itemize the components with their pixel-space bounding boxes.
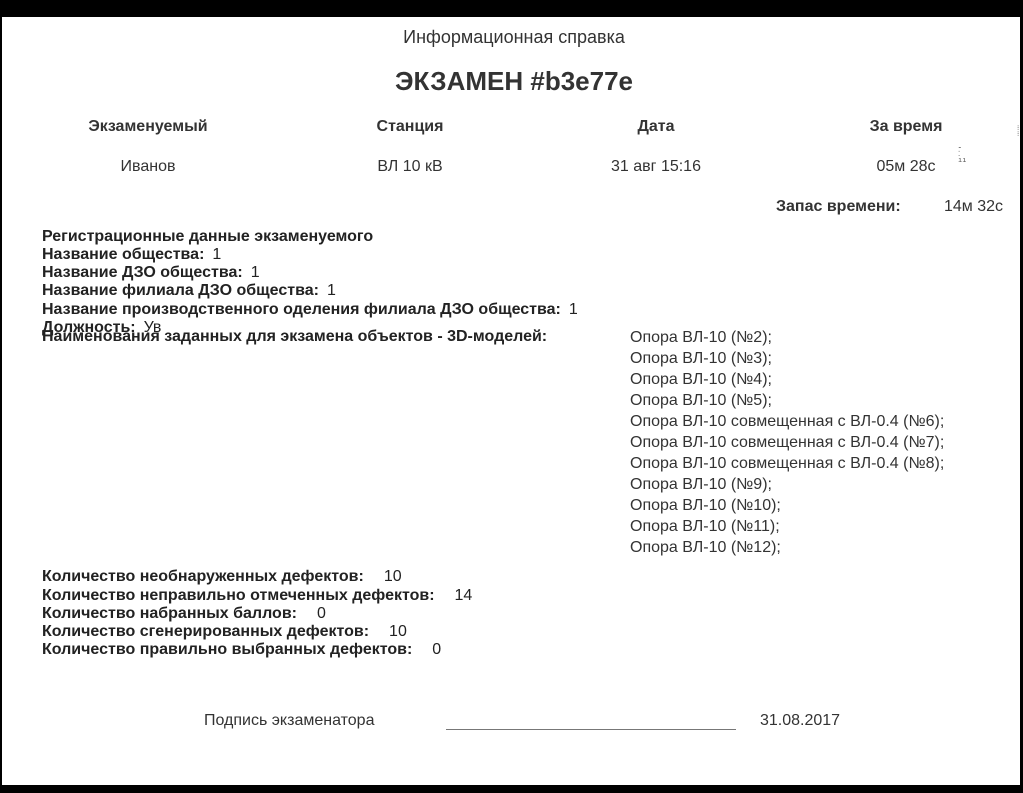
duration-value: 05м 28с <box>786 158 1023 176</box>
date-value: 31 авг 15:16 <box>536 158 776 176</box>
subsidiary-name-field: Название ДЗО общества:1 <box>42 264 260 282</box>
signature-label: Подпись экзаменатора <box>204 712 374 730</box>
model-item: Опора ВЛ-10 совмещенная с ВЛ-0.4 (№7); <box>630 432 944 453</box>
examinee-value: Иванов <box>28 158 268 176</box>
generated-defects-stat: Количество сгенерированных дефектов:10 <box>42 623 407 641</box>
model-item: Опора ВЛ-10 (№12); <box>630 537 944 558</box>
model-item: Опора ВЛ-10 (№2); <box>630 327 944 348</box>
company-name-field: Название общества:1 <box>42 246 221 264</box>
report-subtitle: Информационная справка <box>2 27 1023 48</box>
render-artifact: ⁝⁝ <box>1017 125 1019 137</box>
production-department-field: Название производственного оделения фили… <box>42 301 578 319</box>
incorrectly-marked-defects-stat: Количество неправильно отмеченных дефект… <box>42 587 472 605</box>
date-header: Дата <box>536 118 776 136</box>
time-reserve-value: 14м 32с <box>944 198 1003 216</box>
models-list: Опора ВЛ-10 (№2); Опора ВЛ-10 (№3); Опор… <box>630 327 944 558</box>
duration-header: За время <box>786 118 1023 136</box>
model-item: Опора ВЛ-10 (№3); <box>630 348 944 369</box>
score-stat: Количество набранных баллов:0 <box>42 605 326 623</box>
model-item: Опора ВЛ-10 (№10); <box>630 495 944 516</box>
signature-date: 31.08.2017 <box>760 712 840 730</box>
signature-line <box>446 729 736 730</box>
station-header: Станция <box>290 118 530 136</box>
correctly-selected-defects-stat: Количество правильно выбранных дефектов:… <box>42 641 441 659</box>
model-item: Опора ВЛ-10 (№5); <box>630 390 944 411</box>
examinee-header: Экзаменуемый <box>28 118 268 136</box>
station-value: ВЛ 10 кВ <box>290 158 530 176</box>
report-title: ЭКЗАМЕН #b3e77e <box>2 66 1023 97</box>
branch-name-field: Название филиала ДЗО общества:1 <box>42 282 336 300</box>
models-label: Наименования заданных для экзамена объек… <box>42 328 547 346</box>
model-item: Опора ВЛ-10 совмещенная с ВЛ-0.4 (№6); <box>630 411 944 432</box>
model-item: Опора ВЛ-10 (№4); <box>630 369 944 390</box>
registration-heading: Регистрационные данные экзаменуемого <box>42 228 373 246</box>
report-page: Информационная справка ЭКЗАМЕН #b3e77e Э… <box>2 17 1020 785</box>
model-item: Опора ВЛ-10 (№11); <box>630 516 944 537</box>
model-item: Опора ВЛ-10 совмещенная с ВЛ-0.4 (№8); <box>630 453 944 474</box>
undetected-defects-stat: Количество необнаруженных дефектов:10 <box>42 568 402 586</box>
render-artifact: ⁃⁚ıı <box>958 145 966 163</box>
model-item: Опора ВЛ-10 (№9); <box>630 474 944 495</box>
time-reserve-label: Запас времени: <box>776 198 901 216</box>
